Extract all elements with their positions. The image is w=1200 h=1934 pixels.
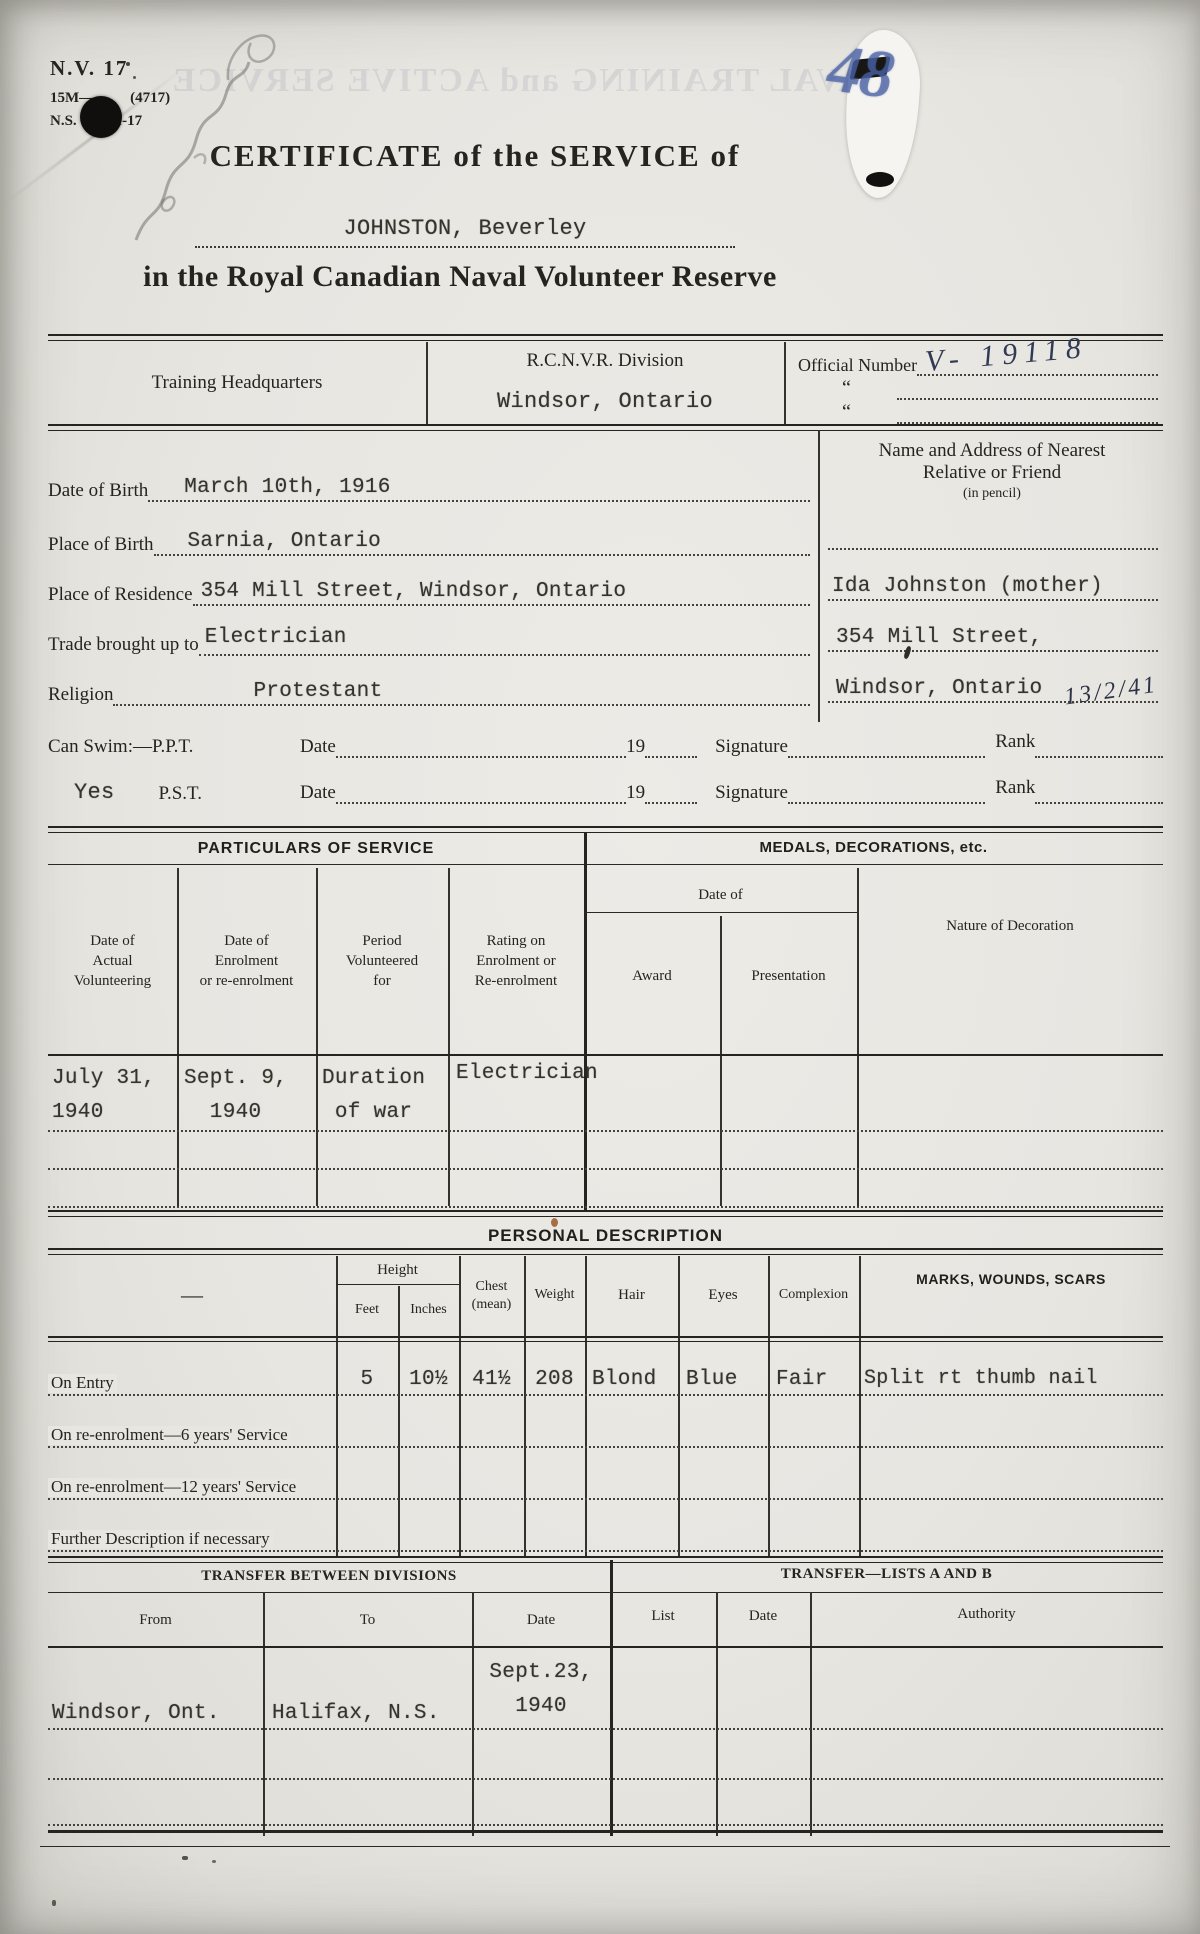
date-label: Date [300,737,336,758]
ditto-mark: “ [842,402,851,424]
rule [48,1646,1163,1648]
pd-dash: — [48,1256,336,1334]
table-row-line [48,1394,1163,1396]
can-swim-label: Can Swim:—P.P.T. [48,737,300,758]
col-volunteering: Date of Actual Volunteering [48,868,177,1054]
bio-divider [818,430,820,722]
field-line: 354 Mill Street, [828,623,1158,652]
official-number-ditto-row: “ [798,402,1158,424]
pd-hair-label: Hair [585,1256,678,1334]
ink-speck [52,1900,56,1906]
relative-header: Name and Address of Nearest Relative or … [824,440,1160,502]
pd-height-label: Height [336,1260,459,1280]
field-label: Place of Residence [48,585,193,606]
service-rating-value: Electrician [456,1062,598,1085]
rule [48,1830,1163,1833]
rule [48,424,1163,431]
relative-row-blank [828,520,1158,550]
field-line: 354 Mill Street, Windsor, Ontario [193,577,810,606]
field-label: Date of Birth [48,481,148,502]
field-value: Sarnia, Ontario [188,531,382,553]
table-line [784,342,786,424]
field-date-of-birth: Date of Birth March 10th, 1916 [48,472,810,502]
dotted-line [1035,775,1163,804]
relative-row-name: Ida Johnston (mother) [828,571,1158,601]
rule [48,1592,1163,1593]
table-row-line [48,1446,1163,1448]
relative-row-street: 354 Mill Street, [828,622,1158,652]
swim-row-pst: Yes P.S.T. Date 19 Signature Rank [48,774,1163,804]
table-line [859,1256,861,1556]
field-label: Trade brought up to [48,635,199,656]
col-award: Award [584,926,720,1026]
transfer-date2-header: Date [716,1598,810,1634]
field-line: March 10th, 1916 [148,473,810,502]
rule [336,1284,459,1285]
col-period: Period Volunteered for [316,868,448,1054]
pd-row-label: Further Description if necessary [48,1530,273,1549]
torn-patch-mark [866,172,894,187]
dotted-line [788,775,985,804]
subtitle: in the Royal Canadian Naval Volunteer Re… [0,260,920,294]
field-trade: Trade brought up to Electrician [48,626,810,656]
field-label: Place of Birth [48,535,154,556]
pd-eyes-label: Eyes [678,1256,768,1334]
service-enrolment-value: Sept. 9, 1940 [184,1062,287,1129]
transfer-divisions-title: TRANSFER BETWEEN DIVISIONS [48,1566,610,1586]
relative-header-line2: Relative or Friend [824,462,1160,484]
pd-row-label: On re-enrolment—6 years' Service [48,1426,291,1445]
table-row-line [48,1168,1163,1170]
col-rating: Rating on Enrolment or Re-enrolment [448,868,584,1054]
ditto-mark: “ [842,378,851,400]
transfer-authority-header: Authority [810,1596,1163,1632]
pd-inches-label: Inches [398,1288,459,1332]
name-value: JOHNSTON, Beverley [343,216,586,241]
particulars-title: PARTICULARS OF SERVICE [48,838,584,860]
col-presentation: Presentation [720,926,857,1026]
relative-street-value: 354 Mill Street, [836,627,1042,649]
rule [48,826,1163,833]
ink-speck [126,62,130,66]
transfer-from-value: Windsor, Ont. [52,1702,220,1725]
dotted-line [645,729,697,758]
relative-row-city: Windsor, Ontario 13/2/41 [828,673,1158,703]
pd-complexion-value: Fair [776,1368,828,1391]
year-prefix: 19 [626,783,645,804]
relative-header-line1: Name and Address of Nearest [824,440,1160,462]
pst-label: P.S.T. [159,784,202,804]
corner-annotation: 48 [823,28,896,114]
form-code-line1: N.V. 17 [50,56,170,81]
training-hq-label: Training Headquarters [48,342,426,424]
table-row-line [48,1728,1163,1730]
field-place-of-birth: Place of Birth Sarnia, Ontario [48,526,810,556]
pd-eyes-value: Blue [686,1368,738,1391]
rule [48,1556,1163,1563]
field-value: Protestant [253,681,382,703]
can-swim-answer: Yes [74,782,115,804]
rank-label: Rank [995,732,1035,758]
table-row-line [48,1778,1163,1780]
col-nature: Nature of Decoration [857,896,1163,956]
certificate-page: NAVAL TRAINING and ACTIVE SERVICE N.V. 1… [0,0,1200,1934]
pd-weight-label: Weight [524,1256,585,1334]
dotted-line [645,775,697,804]
transfer-date-header: Date [472,1602,610,1638]
dotted-line [336,729,626,758]
table-row-line [48,1824,1163,1826]
field-value: 354 Mill Street, Windsor, Ontario [201,581,627,603]
pd-chest-value: 41½ [459,1368,524,1391]
pd-feet-label: Feet [336,1288,398,1332]
rule [48,1248,1163,1255]
field-line: Sarnia, Ontario [154,527,810,556]
table-row-line [48,1206,1163,1208]
rcnvr-division-label: R.C.N.V.R. Division [426,350,784,372]
personal-description-title: PERSONAL DESCRIPTION [48,1226,1163,1246]
name-line: JOHNSTON, Beverley [195,208,735,248]
field-line: Windsor, Ontario 13/2/41 [828,674,1158,703]
rule [40,1846,1170,1847]
transfer-to-value: Halifax, N.S. [272,1702,440,1725]
service-volunteering-value: July 31, 1940 [52,1062,155,1129]
pd-feet-value: 5 [336,1368,398,1391]
relative-handwritten-date: 13/2/41 [1063,672,1160,712]
col-enrolment: Date of Enrolment or re-enrolment [177,868,316,1054]
dotted-line [336,775,626,804]
dotted-line [1035,729,1163,758]
table-row-line [48,1550,1163,1552]
swim-row-ppt: Can Swim:—P.P.T. Date 19 Signature Rank [48,728,1163,758]
relative-city-value: Windsor, Ontario [836,678,1042,700]
pd-row-label: On re-enrolment—12 years' Service [48,1478,299,1497]
ink-speck [212,1860,216,1863]
rule [584,912,857,913]
transfer-from-header: From [48,1602,263,1638]
field-line: Electrician [199,627,810,656]
transfer-date-value: Sept.23, 1940 [472,1652,610,1728]
date-label: Date [300,783,336,804]
pd-hair-value: Blond [592,1368,657,1391]
field-line: Ida Johnston (mother) [828,572,1158,601]
field-religion: Religion Protestant [48,676,810,706]
table-row-line [48,1498,1163,1500]
pd-row-label: On Entry [48,1374,117,1393]
transfer-to-header: To [263,1602,472,1638]
rank-label: Rank [995,778,1035,804]
ink-speck [182,1856,188,1860]
rcnvr-division-value: Windsor, Ontario [426,388,784,414]
rule [48,1054,1163,1056]
field-place-of-residence: Place of Residence 354 Mill Street, Wind… [48,576,810,606]
field-value: March 10th, 1916 [184,477,390,499]
pd-marks-label: MARKS, WOUNDS, SCARS [859,1264,1163,1294]
pd-chest-label: Chest (mean) [459,1266,524,1326]
medals-title: MEDALS, DECORATIONS, etc. [584,836,1163,858]
field-value: Electrician [205,627,347,649]
pd-inches-value: 10½ [398,1368,459,1391]
swim-answer-group: Yes P.S.T. [48,782,300,804]
pd-complexion-label: Complexion [768,1256,859,1334]
relative-header-note: (in pencil) [824,486,1160,502]
rule [48,1210,1163,1217]
service-period-value: Duration of war [322,1062,425,1129]
field-line: Protestant [113,677,810,706]
dotted-line [828,521,1158,550]
page-title: CERTIFICATE of the SERVICE of [0,138,950,174]
transfer-lists-title: TRANSFER—LISTS A AND B [610,1564,1163,1584]
pd-marks-value: Split rt thumb nail [864,1368,1098,1390]
signature-label: Signature [715,783,788,804]
transfer-list-header: List [610,1598,716,1634]
rule [48,1336,1163,1342]
field-label: Religion [48,685,113,706]
pd-weight-value: 208 [524,1368,585,1391]
col-date-of: Date of [584,884,857,906]
table-row-line [48,1130,1163,1132]
punch-hole [80,96,122,138]
relative-name-value: Ida Johnston (mother) [832,576,1103,598]
rule [48,864,1163,865]
dotted-line [897,395,1158,424]
dotted-line [788,729,985,758]
ink-speck [133,76,136,79]
year-prefix: 19 [626,737,645,758]
signature-label: Signature [715,737,788,758]
